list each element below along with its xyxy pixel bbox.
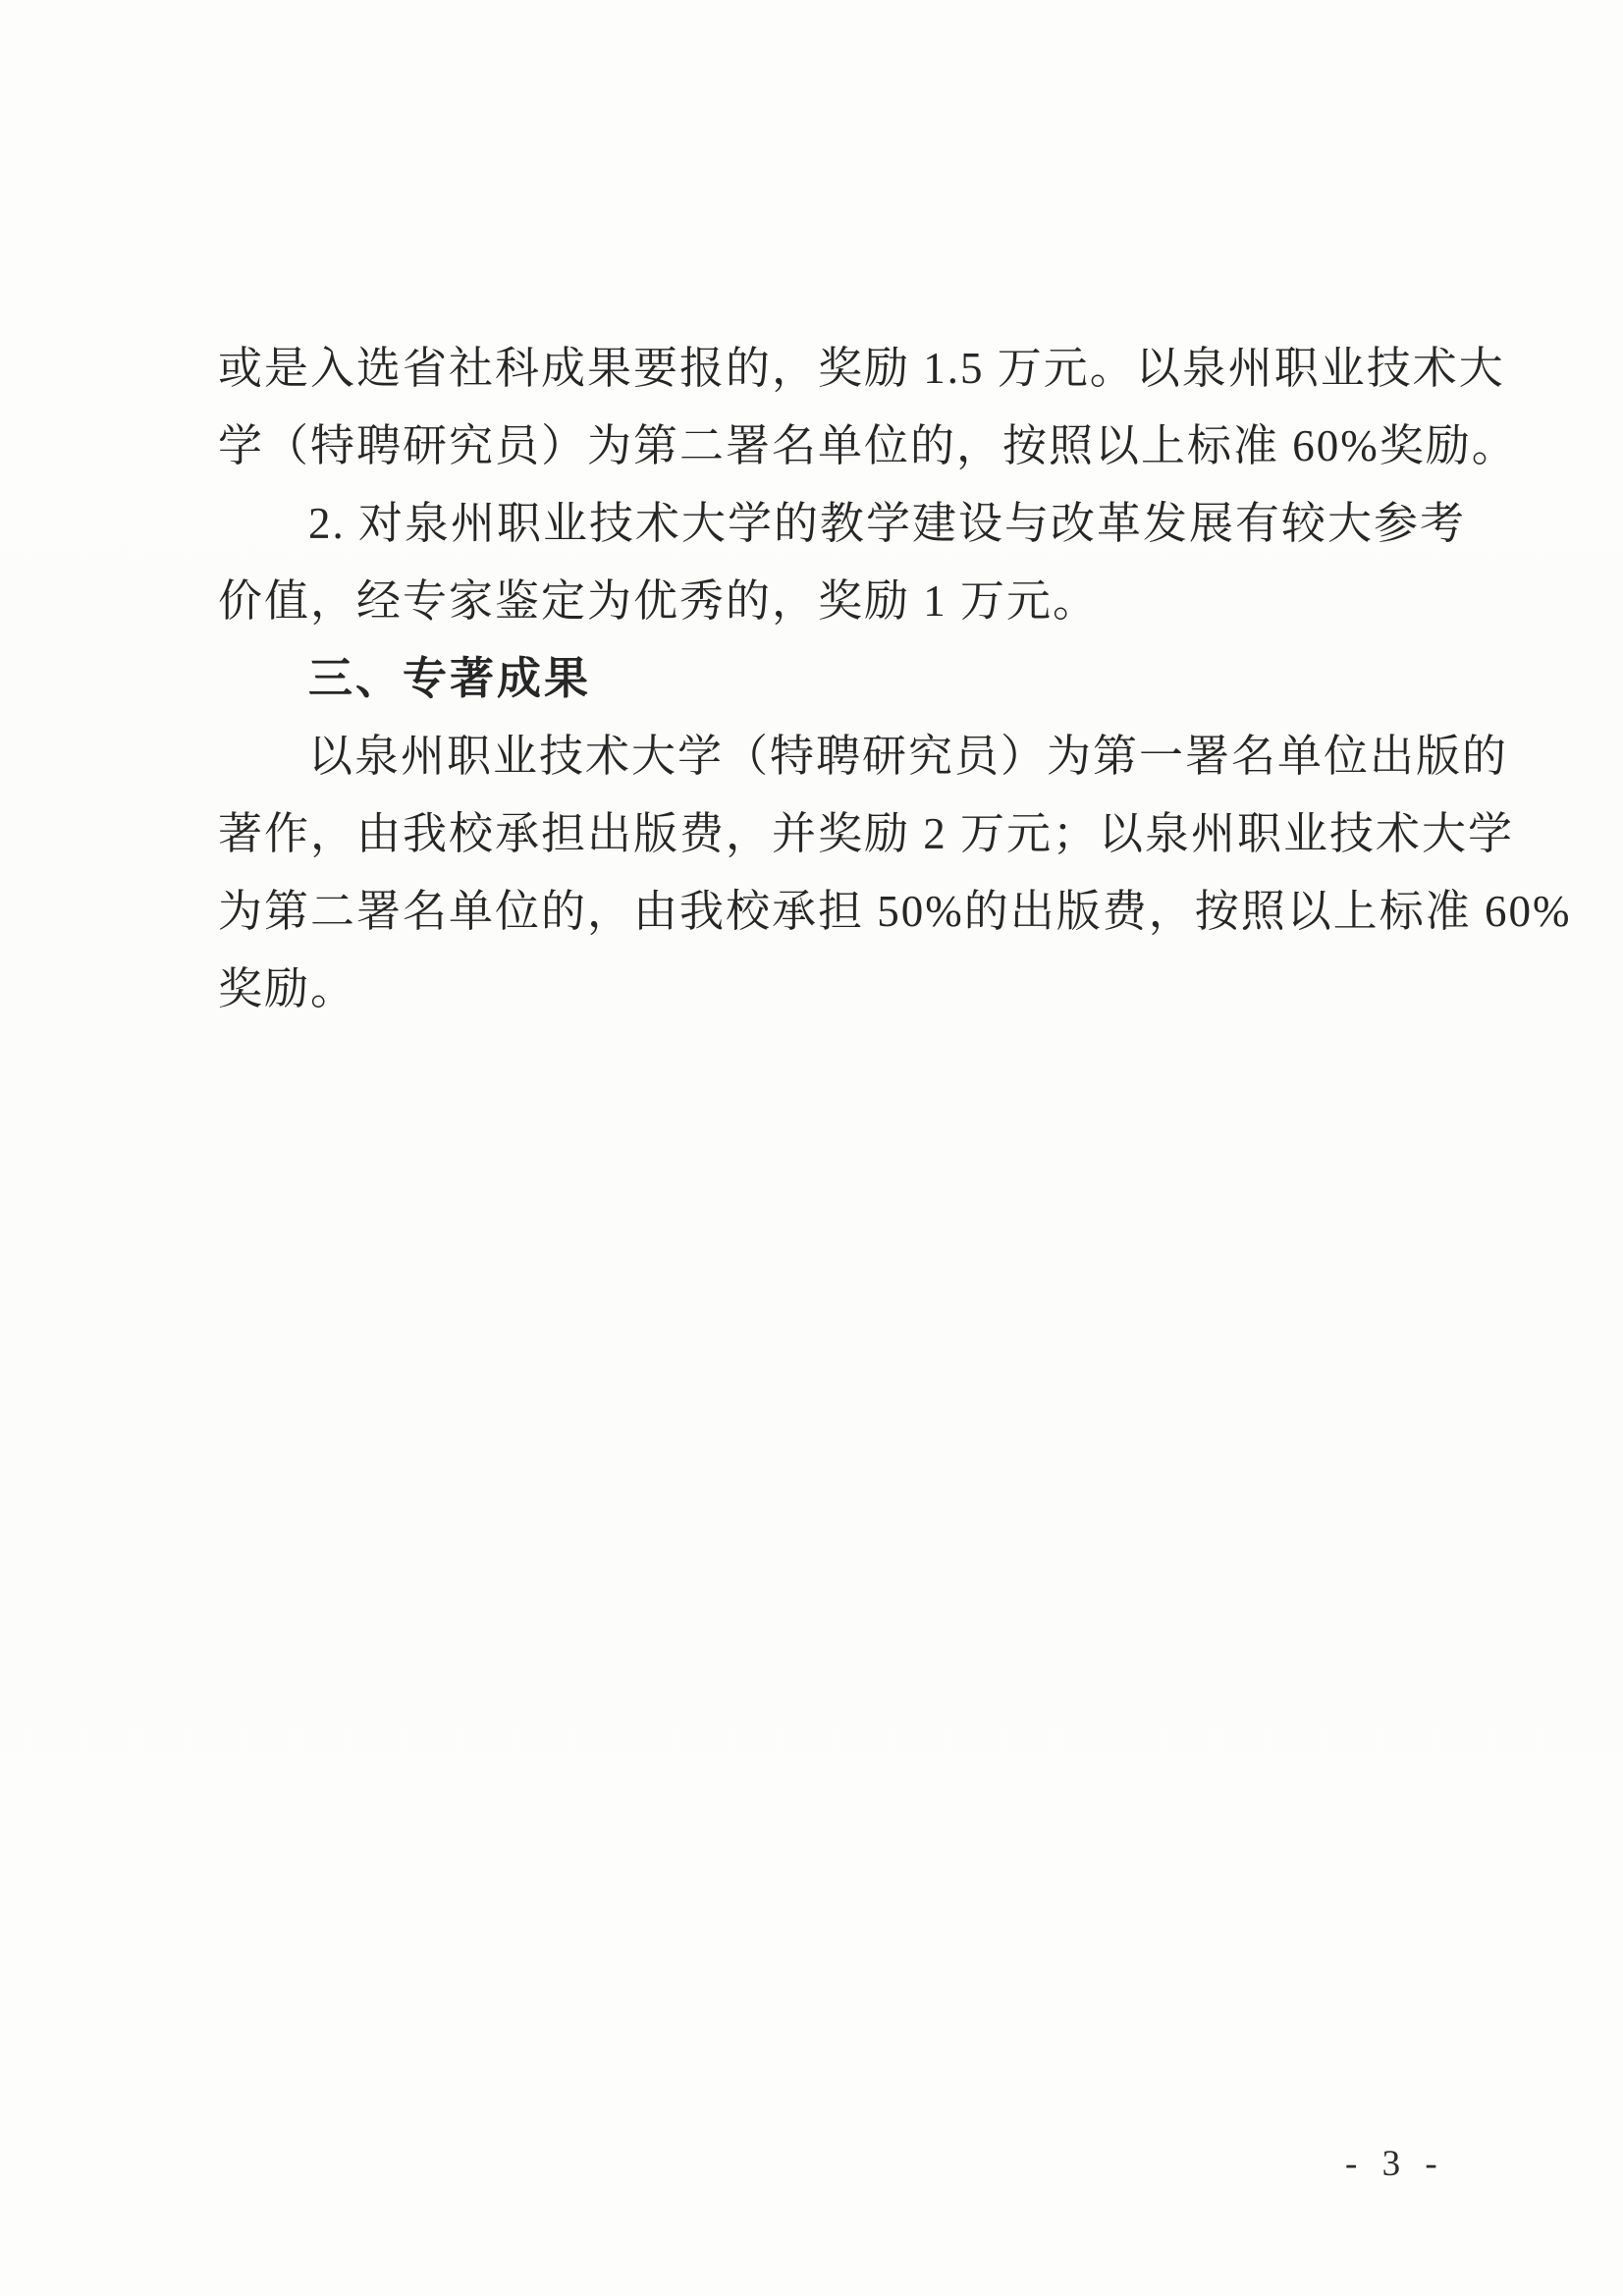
document-page: 或是入选省社科成果要报的，奖励 1.5 万元。以泉州职业技术大 学（特聘研究员）… — [0, 0, 1623, 2296]
body-line-7: 著作，由我校承担出版费，并奖励 2 万元；以泉州职业技术大学 — [218, 795, 1475, 873]
body-line-3-item-2: 2. 对泉州职业技术大学的教学建设与改革发展有较大参考 — [218, 485, 1475, 563]
body-line-4: 价值，经专家鉴定为优秀的，奖励 1 万元。 — [218, 563, 1475, 640]
body-line-2: 学（特聘研究员）为第二署名单位的，按照以上标准 60%奖励。 — [218, 408, 1475, 485]
body-line-1: 或是入选省社科成果要报的，奖励 1.5 万元。以泉州职业技术大 — [218, 330, 1475, 408]
document-text-block: 或是入选省社科成果要报的，奖励 1.5 万元。以泉州职业技术大 学（特聘研究员）… — [218, 330, 1475, 1028]
body-line-6: 以泉州职业技术大学（特聘研究员）为第一署名单位出版的 — [218, 718, 1475, 795]
section-heading-monograph-results: 三、专著成果 — [218, 640, 1475, 718]
body-line-8: 为第二署名单位的，由我校承担 50%的出版费，按照以上标准 60% — [218, 873, 1475, 951]
body-line-9: 奖励。 — [218, 951, 1475, 1028]
page-number: - 3 - — [1345, 2143, 1445, 2185]
